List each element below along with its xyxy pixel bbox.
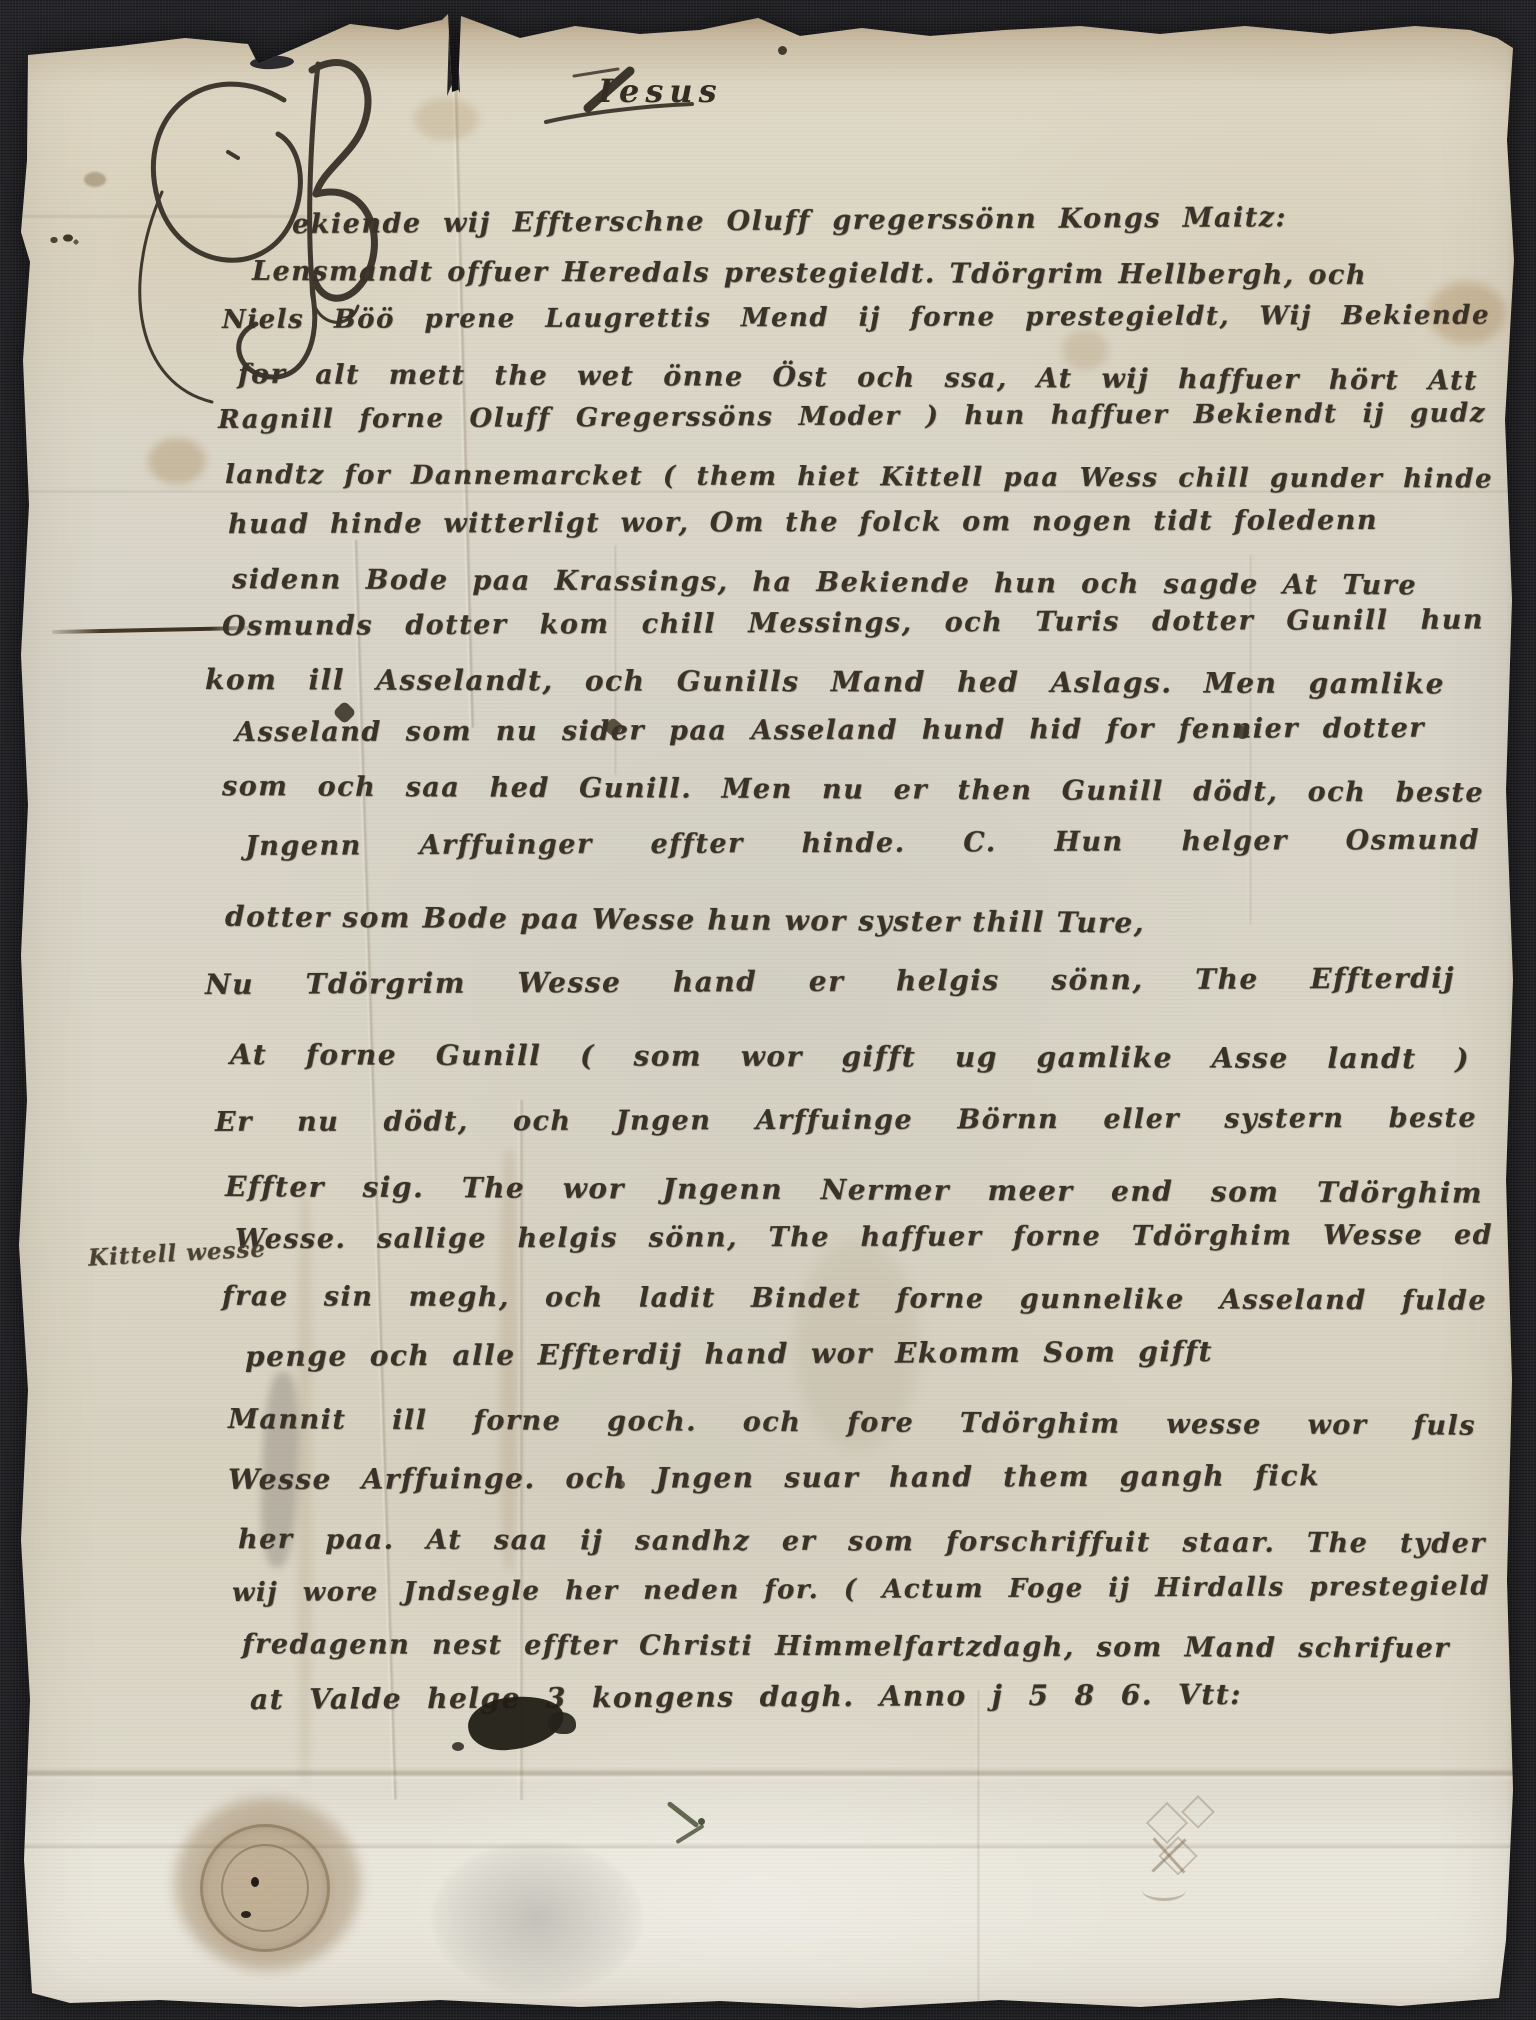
canvas-backdrop: Iesus ekiende wij	[0, 0, 1536, 2020]
aged-edge-left	[0, 0, 16, 2020]
vignette	[0, 0, 1536, 2020]
manuscript-wrap: Iesus ekiende wij	[0, 0, 1536, 2020]
manuscript-page: Iesus ekiende wij	[0, 0, 1536, 2020]
